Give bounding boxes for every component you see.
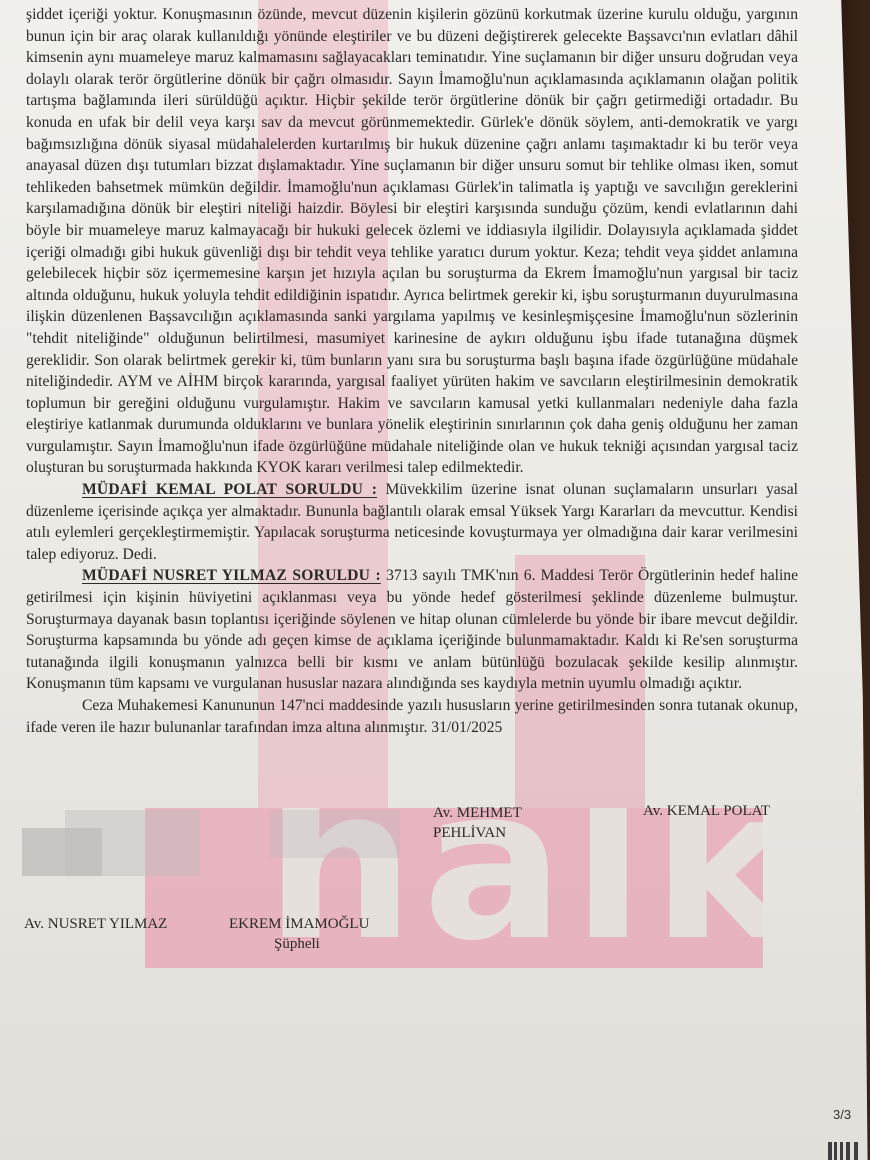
paragraph-nusret-yilmaz: MÜDAFİ NUSRET YILMAZ SORULDU : 3713 sayı… bbox=[26, 565, 798, 695]
signature-name: Av. MEHMET bbox=[433, 803, 522, 823]
qr-code bbox=[828, 1142, 864, 1160]
statement-heading: MÜDAFİ NUSRET YILMAZ SORULDU : bbox=[82, 567, 381, 584]
signature-ekrem-imamoglu: EKREM İMAMOĞLU Şüpheli bbox=[229, 914, 369, 954]
paragraph-kemal-polat: MÜDAFİ KEMAL POLAT SORULDU : Müvekkilim … bbox=[26, 479, 798, 565]
signature-nusret-yilmaz: Av. NUSRET YILMAZ bbox=[24, 914, 167, 934]
paragraph-closing: Ceza Muhakemesi Kanununun 147'nci maddes… bbox=[26, 695, 798, 738]
statement-text: 3713 sayılı TMK'nın 6. Maddesi Terör Örg… bbox=[26, 567, 798, 692]
document-body: şiddet içeriği yoktur. Konuşmasının özün… bbox=[26, 4, 798, 738]
signature-name: PEHLİVAN bbox=[433, 823, 522, 843]
redacted-signature bbox=[270, 810, 400, 858]
signature-kemal-polat: Av. KEMAL POLAT bbox=[643, 801, 770, 821]
statement-heading: MÜDAFİ KEMAL POLAT SORULDU : bbox=[82, 481, 377, 498]
signature-name: EKREM İMAMOĞLU bbox=[229, 914, 369, 934]
page-number: 3/3 bbox=[833, 1107, 851, 1122]
paragraph-defense-statement: şiddet içeriği yoktur. Konuşmasının özün… bbox=[26, 4, 798, 479]
redacted-signature bbox=[65, 810, 200, 876]
signature-mehmet-pehlivan: Av. MEHMET PEHLİVAN bbox=[433, 803, 522, 843]
signature-role: Şüpheli bbox=[229, 934, 369, 954]
